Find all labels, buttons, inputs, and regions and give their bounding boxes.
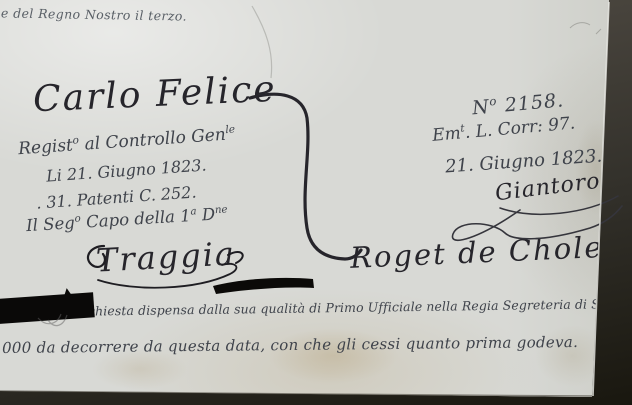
text-run: Regist: [18, 135, 74, 159]
body-line-2: 000 da decorrere da questa data, con che…: [2, 333, 578, 357]
header-line: e del Regno Nostro il terzo.: [1, 5, 187, 23]
superscript: le: [225, 123, 235, 136]
text-run: D: [196, 205, 216, 225]
body-line-1: la richiesta dispensa dalla sua qualità …: [62, 296, 625, 319]
royal-signature: Carlo Felice: [32, 69, 277, 121]
registration-signature: Traggia: [95, 234, 237, 279]
registration-line-2: Li 21. Giugno 1823.: [46, 155, 208, 185]
text-run: al Controllo Gen: [79, 125, 227, 155]
photographed-manuscript: e del Regno Nostro il terzo. Carlo Felic…: [0, 0, 632, 405]
text-run: Em: [431, 123, 461, 145]
protocol-reference: Emt. L. Corr: 97.: [431, 113, 576, 146]
text-run: N: [471, 96, 490, 119]
text-run: Il Seg: [26, 213, 76, 235]
paper-sheet: e del Regno Nostro il terzo. Carlo Felic…: [0, 0, 632, 405]
registration-line-1: Registo al Controllo Genle: [18, 123, 236, 159]
text-run: Capo della 1: [80, 206, 191, 232]
countersignature: Roget de Cholex: [349, 229, 622, 275]
superscript: ne: [215, 204, 228, 216]
protocol-signature: Giantoro: [494, 169, 602, 207]
text-run: 2158.: [497, 89, 565, 117]
